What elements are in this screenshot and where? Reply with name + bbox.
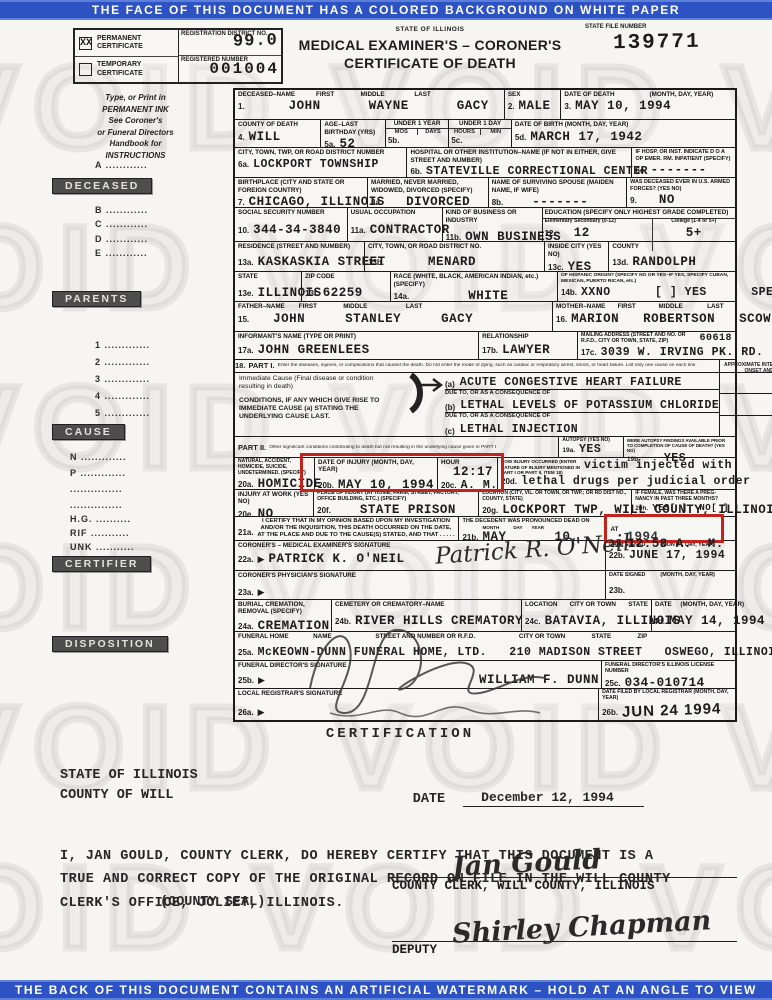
date-of-death-value: MAY 10, 1994 — [575, 99, 671, 113]
informant-value: JOHN GREENLEES — [258, 343, 370, 357]
college-label: College (1-4 or 5+) — [655, 219, 733, 225]
part2-instructions: Other significant conditions contributin… — [269, 445, 496, 450]
county-label: COUNTY OF DEATH — [238, 121, 317, 128]
pronounced-label: THE DECEDENT WAS PRONOUNCED DEAD ON — [462, 518, 602, 524]
mailing-zip: 60618 — [699, 333, 732, 345]
field-how-injury-occurred: HOW INJURY OCCURRED (ENTER NATURE OF INJ… — [498, 458, 735, 489]
part1-notes: Immediate Cause (Final disease or condit… — [235, 373, 403, 436]
field-number: 8b. — [492, 198, 504, 207]
mother-value: MARION ROBERTSON SCOW — [571, 312, 771, 326]
row-informant: INFORMANT'S NAME (TYPE OR PRINT) 17a.JOH… — [235, 331, 735, 359]
residence-label: RESIDENCE (STREET AND NUMBER) — [238, 243, 361, 250]
field-number: 24c. — [525, 617, 541, 626]
hours-label: HOURS — [449, 129, 479, 135]
instruction-line: Handbook for — [58, 138, 213, 150]
occupation-value: CONTRACTOR — [370, 223, 450, 237]
field-hospital: HOSPITAL OR OTHER INSTITUTION–NAME (IF N… — [407, 148, 632, 177]
part1-instructions: Enter the diseases, injuries, or complic… — [278, 363, 697, 368]
pregnancy-label: IF FEMALE, WAS THERE A PREG- NANCY IN PA… — [635, 491, 732, 503]
sex-value: MALE — [518, 99, 550, 113]
registered-number-cell: REGISTERED NUMBER 001004 — [179, 56, 281, 82]
autopsy-value: YES — [579, 443, 601, 456]
row-ssn-occupation-education: SOCIAL SECURITY NUMBER 10.344-34-3840 US… — [235, 207, 735, 241]
field-father-name: FATHER–NAME FIRST MIDDLE LAST 15.JOHN ST… — [235, 302, 553, 330]
field-date-filed: DATE FILED BY LOCAL REGISTRAR (MONTH, DA… — [599, 689, 735, 720]
field-number: 5b. — [388, 136, 400, 145]
interval-slot — [720, 416, 772, 436]
field-residence-city: CITY, TOWN, OR ROAD DISTRICT NO. 13b.MEN… — [365, 242, 545, 271]
inside-city-label: INSIDE CITY (YES NO) — [548, 243, 605, 257]
state-of-illinois: STATE OF ILLINOIS — [295, 26, 565, 33]
cause-a-value: ACUTE CONGESTIVE HEART FAILURE — [460, 376, 682, 389]
under-1-year-subheader: MOSDAYS — [386, 128, 448, 135]
cause-c-tag: (c) — [445, 427, 455, 436]
caret-icon: ▶ — [258, 554, 265, 565]
field-relationship: RELATIONSHIP 17b.LAWYER — [479, 332, 578, 359]
marital-label: MARRIED, NEVER MARRIED, WIDOWED, DIVORCE… — [371, 179, 485, 193]
field-number: 5c. — [451, 136, 462, 145]
field-number: 20f. — [317, 506, 331, 515]
funeral-director-license-label: FUNERAL DIRECTOR'S ILLINOIS LICENSE NUMB… — [605, 662, 732, 674]
field-number: 6a. — [238, 160, 249, 169]
row-residence: RESIDENCE (STREET AND NUMBER) 13a.KASKAS… — [235, 241, 735, 271]
temporary-label: TEMPORARY CERTIFICATE — [97, 61, 178, 77]
field-number: 2. — [508, 102, 515, 111]
field-number: 16. — [556, 315, 567, 324]
field-injury-location: LOCATION (CITY, VIL. OR TOWN, OR TWP.; O… — [479, 490, 632, 516]
race-value: WHITE — [468, 289, 508, 303]
field-surviving-spouse: NAME OF SURVIVING SPOUSE (MAIDEN NAME, I… — [489, 178, 627, 207]
document-title-line2: CERTIFICATE OF DEATH — [295, 55, 565, 73]
field-funeral-director-signature: FUNERAL DIRECTOR'S SIGNATURE 25b.▶WILLIA… — [235, 661, 602, 688]
field-mother-name: MOTHER–NAME FIRST MIDDLE LAST 16.MARION … — [553, 302, 735, 330]
race-label: RACE (WHITE, BLACK, AMERICAN INDIAN, etc… — [394, 273, 554, 287]
days-label: DAYS — [417, 129, 449, 135]
me-date-signed-value: JUNE 17, 1994 — [629, 549, 725, 562]
row-parents: FATHER–NAME FIRST MIDDLE LAST 15.JOHN ST… — [235, 301, 735, 330]
arrow-icon — [403, 373, 445, 413]
bottom-banner: THE BACK OF THIS DOCUMENT CONTAINS AN AR… — [0, 980, 772, 1000]
temporary-certificate-option: TEMPORARY CERTIFICATE — [75, 56, 179, 82]
relationship-value: LAWYER — [502, 343, 550, 357]
funeral-home-value: McKEOWN-DUNN FUNERAL HOME, LTD. 210 MADI… — [258, 646, 772, 659]
field-number: 10. — [238, 226, 249, 235]
field-number: 18. — [235, 361, 245, 370]
row-disposition: BURIAL, CREMATION, REMOVAL (SPECIFY) 24a… — [235, 599, 735, 631]
field-education: EDUCATION (SPECIFY ONLY HIGHEST GRADE CO… — [543, 208, 735, 241]
birthplace-value: CHICAGO, ILLINOIS — [249, 195, 385, 209]
section-label-disposition: DISPOSITION — [52, 636, 168, 652]
margin-mark-p: P ............. — [70, 468, 126, 478]
field-number: 11a. — [351, 226, 366, 235]
permanent-label: PERMANENT CERTIFICATE — [97, 35, 178, 51]
ink-instructions: Type, or Print in PERMANENT INK See Coro… — [58, 92, 213, 162]
temporary-checkbox — [79, 63, 92, 76]
document-title-line1: MEDICAL EXAMINER'S – CORONER'S — [295, 37, 565, 55]
field-mailing-address: MAILING ADDRESS (STREET AND NO. OR R.F.D… — [578, 332, 735, 359]
certification-county: COUNTY OF WILL — [60, 786, 198, 806]
field-number: 13d. — [612, 258, 628, 267]
zip-label: ZIP CODE — [305, 273, 387, 280]
field-funeral-director-license: FUNERAL DIRECTOR'S ILLINOIS LICENSE NUMB… — [602, 661, 735, 688]
margin-mark-d: D ............ — [95, 234, 148, 244]
title-block: STATE OF ILLINOIS MEDICAL EXAMINER'S – C… — [295, 26, 565, 72]
state-file-number-value: 139771 — [613, 30, 755, 55]
residence-city-label: CITY, TOWN, OR ROAD DISTRICT NO. — [368, 243, 541, 250]
certification-date-value: December 12, 1994 — [463, 790, 644, 807]
field-medical-examiner-signature: CORONER'S – MEDICAL EXAMINER'S SIGNATURE… — [235, 541, 606, 569]
part1-header: 18. PART I. Enter the diseases, injuries… — [235, 360, 719, 373]
field-number: 21a. — [238, 528, 254, 539]
row-local-registrar: LOCAL REGISTRAR'S SIGNATURE 26a.▶ DATE F… — [235, 688, 735, 720]
residence-county-value: RANDOLPH — [632, 255, 696, 269]
city-value: LOCKPORT TOWNSHIP — [253, 158, 379, 171]
field-number: 14a. — [394, 292, 410, 301]
spouse-value: ------- — [532, 195, 588, 209]
field-number: 23b. — [609, 586, 625, 595]
conditions-note: CONDITIONS, IF ANY WHICH GIVE RISE TO IM… — [239, 397, 399, 421]
field-burial-type: BURIAL, CREMATION, REMOVAL (SPECIFY) 24a… — [235, 600, 332, 631]
ssn-label: SOCIAL SECURITY NUMBER — [238, 209, 344, 216]
sex-label: SEX — [508, 91, 558, 98]
field-number: 26b. — [602, 708, 618, 717]
field-ssn: SOCIAL SECURITY NUMBER 10.344-34-3840 — [235, 208, 348, 241]
how-injury-value-line2: lethal drugs per judicial order — [521, 475, 750, 488]
certificate-header: XX PERMANENT CERTIFICATE REGISTRATION DI… — [55, 22, 755, 86]
certify-text: I CERTIFY THAT IN MY OPINION BASED UPON … — [257, 518, 456, 539]
deputy-caption: DEPUTY — [392, 943, 737, 957]
field-number: 14b. — [561, 288, 577, 297]
armed-forces-value: NO — [659, 193, 675, 207]
margin-mark-unk: UNK ........... — [70, 542, 135, 552]
caret-icon: ▶ — [258, 587, 265, 598]
field-number: 17b. — [482, 346, 498, 355]
occupation-label: USUAL OCCUPATION — [351, 209, 439, 216]
row-injury-place: INJURY AT WORK (YES NO) 20e.NO PLACE OF … — [235, 489, 735, 516]
under-1-day-label: UNDER 1 DAY — [449, 120, 510, 127]
physician-signature-label: CORONER'S PHYSICIAN'S SIGNATURE — [238, 572, 602, 579]
permanent-certificate-row: XX PERMANENT CERTIFICATE REGISTRATION DI… — [75, 30, 281, 56]
margin-mark-b: B ............ — [95, 205, 148, 215]
field-age: AGE–LAST BIRTHDAY (YRS) 5a.52 — [321, 120, 386, 147]
field-number: 1. — [238, 102, 245, 111]
father-label: FATHER–NAME FIRST MIDDLE LAST — [238, 303, 549, 310]
deceased-name-value: JOHN WAYNE GACY — [289, 99, 489, 113]
how-injury-label: HOW INJURY OCCURRED (ENTER NATURE OF INJ… — [501, 459, 582, 475]
inside-city-value: YES — [568, 260, 592, 274]
part1-title: PART I. — [248, 361, 274, 370]
field-number: 13a. — [238, 258, 254, 267]
pronounced-at-value: 12:58 A. M. — [628, 537, 724, 551]
field-number: 24a. — [238, 622, 254, 631]
disposition-date-value: MAY 14, 1994 — [669, 614, 765, 628]
crematory-value: RIVER HILLS CREMATORY — [355, 614, 523, 628]
field-city-township: CITY, TOWN, TWP, OR ROAD DISTRICT NUMBER… — [235, 148, 407, 177]
signature-line — [392, 877, 737, 878]
local-registrar-signature-label: LOCAL REGISTRAR'S SIGNATURE — [238, 690, 595, 697]
field-race: RACE (WHITE, BLACK, AMERICAN INDIAN, etc… — [391, 272, 558, 301]
field-date-of-birth: DATE OF BIRTH (MONTH, DAY, YEAR) 5d.MARC… — [512, 120, 735, 147]
certification-title: CERTIFICATION — [60, 726, 740, 742]
margin-mark-a: A ............ — [95, 160, 148, 170]
row-certify-pronounced: 21a. I CERTIFY THAT IN MY OPINION BASED … — [235, 516, 735, 540]
funeral-home-label: FUNERAL HOME NAME STREET AND NUMBER OR R… — [238, 633, 736, 640]
top-banner: THE FACE OF THIS DOCUMENT HAS A COLORED … — [0, 0, 772, 20]
row-county-age-dob: COUNTY OF DEATH 4.WILL AGE–LAST BIRTHDAY… — [235, 119, 735, 147]
section-label-certifier: CERTIFIER — [52, 556, 151, 572]
instruction-line: PERMANENT INK — [58, 104, 213, 116]
field-state: STATE 13e.ILLINOIS — [235, 272, 302, 301]
row-name-sex-dod: DECEASED–NAME FIRST MIDDLE LAST 1.JOHN W… — [235, 90, 735, 119]
under-1-year-label: UNDER 1 YEAR — [386, 120, 448, 127]
instruction-line: See Coroner's — [58, 115, 213, 127]
hospital-status-label: IF HOSP. OR INST. INDICATE D O A OP EMER… — [635, 149, 732, 161]
field-number: 6b. — [410, 167, 422, 176]
caret-icon: ▶ — [258, 707, 265, 718]
deputy-signature-block: Shirley Chapman DEPUTY — [392, 912, 737, 957]
field-number: 26a. — [238, 708, 254, 717]
margin-mark-5: 5 ............. — [95, 408, 150, 418]
how-injury-value-line1: victim injected with — [584, 459, 732, 475]
crematory-location-value: BATAVIA, ILLINOIS — [545, 614, 681, 628]
margin-mark-c: C ............ — [95, 219, 148, 229]
marital-value: DIVORCED — [406, 195, 470, 209]
due-to-label: DUE TO, OR AS A CONSEQUENCE OF — [445, 390, 719, 398]
part1-causes: (a) ACUTE CONGESTIVE HEART FAILURE DUE T… — [445, 373, 719, 436]
county-seal-note: (COUNTY SEAL) — [160, 895, 265, 910]
state-label: STATE — [238, 273, 298, 280]
field-number: 3. — [564, 102, 571, 111]
ssn-value: 344-34-3840 — [253, 223, 341, 237]
immediate-cause-note: Immediate Cause (Final disease or condit… — [239, 375, 399, 392]
field-hispanic-origin: OF HISPANIC ORIGIN? (SPECIFY NO OR YES–I… — [558, 272, 735, 301]
residence-value: KASKASKIA STREET — [258, 255, 386, 269]
interval-slot — [720, 373, 772, 394]
field-number: 24b. — [335, 617, 351, 626]
city-label: CITY, TOWN, TWP, OR ROAD DISTRICT NUMBER — [238, 149, 403, 156]
row-state-zip-race: STATE 13e.ILLINOIS ZIP CODE 13f.62259 RA… — [235, 271, 735, 301]
date-filed-stamp: JUN 24 1994 — [622, 700, 722, 720]
registration-district-cell: REGISTRATION DISTRICT NO. 99.0 — [179, 30, 281, 56]
mailing-value: 3039 W. IRVING PK. RD. CHICAGO, IL. — [601, 346, 772, 359]
field-armed-forces: WAS DECEASED EVER IN U.S. ARMED FORCES? … — [627, 178, 735, 207]
part1-section: 18. PART I. Enter the diseases, injuries… — [235, 359, 735, 436]
row-physician-signature: CORONER'S PHYSICIAN'S SIGNATURE 23a.▶ DA… — [235, 570, 735, 599]
county-clerk-signature-block: Jan Gould COUNTY CLERK, WILL COUNTY, ILL… — [392, 848, 737, 893]
field-under-1-year: UNDER 1 YEAR MOSDAYS 5b. — [386, 120, 449, 147]
field-autopsy: AUTOPSY (YES NO) 19a.YES — [559, 437, 624, 457]
field-place-of-injury: PLACE OF INJURY (AT HOME, FARM, STREET, … — [314, 490, 479, 516]
autopsy-available-label: WERE AUTOPSY FINDINGS AVAILABLE PRIOR TO… — [627, 438, 732, 453]
field-number: 15. — [238, 315, 249, 324]
interval-label: APPROXIMATE INTERVAL BETWEEN ONSET AND D… — [720, 360, 772, 373]
armed-forces-label: WAS DECEASED EVER IN U.S. ARMED FORCES? … — [630, 179, 732, 191]
field-physician-signature: CORONER'S PHYSICIAN'S SIGNATURE 23a.▶ — [235, 571, 606, 599]
place-of-injury-value: STATE PRISON — [360, 503, 456, 517]
state-file-number-block: STATE FILE NUMBER 139771 — [585, 24, 755, 54]
cause-arrow — [403, 373, 445, 436]
margin-mark-n: N ............. — [70, 452, 127, 462]
instruction-line: Type, or Print in — [58, 92, 213, 104]
county-value: WILL — [249, 130, 281, 144]
education-label: EDUCATION (SPECIFY ONLY HIGHEST GRADE CO… — [543, 208, 735, 217]
cause-b-tag: (b) — [445, 403, 455, 412]
field-date-of-death: DATE OF DEATH (MONTH, DAY, YEAR) 3.MAY 1… — [561, 90, 735, 119]
field-number: 13e. — [238, 289, 254, 298]
margin-mark-4: 4 ............. — [95, 391, 150, 401]
field-number: 20g. — [482, 506, 498, 515]
place-of-injury-label: PLACE OF INJURY (AT HOME, FARM, STREET, … — [317, 491, 475, 503]
section-label-parents: PARENTS — [52, 291, 141, 307]
death-certificate-form: DECEASED–NAME FIRST MIDDLE LAST 1.JOHN W… — [233, 88, 737, 722]
funeral-director-signature-label: FUNERAL DIRECTOR'S SIGNATURE — [238, 662, 598, 669]
certificate-type-box: XX PERMANENT CERTIFICATE REGISTRATION DI… — [73, 28, 283, 84]
field-crematory-location: LOCATION CITY OR TOWN STATE 24c.BATAVIA,… — [522, 600, 652, 631]
registration-district-value: 99.0 — [233, 31, 278, 52]
field-number: 9. — [630, 196, 637, 205]
injury-at-work-value: NO — [258, 507, 274, 521]
certification-state: STATE OF ILLINOIS — [60, 766, 198, 786]
county-clerk-caption: COUNTY CLERK, WILL COUNTY, ILLINOIS — [392, 879, 737, 893]
margin-mark-3: 3 ............. — [95, 374, 150, 384]
hospital-status-value: ------- — [651, 163, 707, 177]
cause-c-line: (c) LETHAL INJECTION — [445, 421, 719, 436]
disposition-date-label: DATE (MONTH, DAY, YEAR) — [655, 601, 736, 608]
under-1-day-subheader: HOURSMIN — [449, 128, 510, 135]
residence-county-label: COUNTY — [612, 243, 732, 250]
min-label: MIN — [480, 129, 511, 135]
field-business: KIND OF BUSINESS OR INDUSTRY 11b.OWN BUS… — [443, 208, 543, 241]
cause-a-line: (a) ACUTE CONGESTIVE HEART FAILURE — [445, 375, 719, 390]
mos-label: MOS — [386, 129, 417, 135]
burial-type-label: BURIAL, CREMATION, REMOVAL (SPECIFY) — [238, 601, 328, 615]
field-deceased-name: DECEASED–NAME FIRST MIDDLE LAST 1.JOHN W… — [235, 90, 505, 119]
mailing-label: MAILING ADDRESS (STREET AND NO. OR R.F.D… — [581, 333, 699, 345]
relationship-label: RELATIONSHIP — [482, 333, 574, 340]
funeral-director-typed: WILLIAM F. DUNN — [479, 673, 599, 687]
injury-location-label: LOCATION (CITY, VIL. OR TOWN, OR TWP.; O… — [482, 491, 628, 503]
interval-slot — [720, 394, 772, 415]
cause-b-line: (b) LETHAL LEVELS OF POTASSIUM CHLORIDE — [445, 398, 719, 413]
field-number: 25c. — [605, 679, 621, 688]
field-informant: INFORMANT'S NAME (TYPE OR PRINT) 17a.JOH… — [235, 332, 479, 359]
date-of-death-label: DATE OF DEATH (MONTH, DAY, YEAR) — [564, 91, 732, 98]
field-number: 22a. — [238, 555, 254, 564]
field-number: 5d. — [515, 133, 527, 142]
field-number: 7. — [238, 198, 245, 207]
field-number: 17a. — [238, 346, 254, 355]
cause-c-value: LETHAL INJECTION — [460, 423, 578, 436]
father-value: JOHN STANLEY GACY — [273, 312, 473, 326]
pregnancy-value: YES[ ] NO[ ] — [652, 503, 729, 513]
row-funeral-home: FUNERAL HOME NAME STREET AND NUMBER OR R… — [235, 631, 735, 660]
zip-value: 62259 — [323, 286, 363, 300]
field-birthplace: BIRTHPLACE (CITY AND STATE OR FOREIGN CO… — [235, 178, 368, 207]
college-value: 5+ — [686, 226, 702, 240]
section-label-cause: CAUSE — [52, 424, 125, 440]
spouse-label: NAME OF SURVIVING SPOUSE (MAIDEN NAME, I… — [492, 179, 623, 193]
cause-a-tag: (a) — [445, 380, 455, 389]
field-local-registrar-signature: LOCAL REGISTRAR'S SIGNATURE 26a.▶ — [235, 689, 599, 720]
margin-mark-dots: ............... — [70, 500, 123, 510]
elementary-value: 12 — [574, 226, 590, 240]
field-residence: RESIDENCE (STREET AND NUMBER) 13a.KASKAS… — [235, 242, 365, 271]
field-marital-status: MARRIED, NEVER MARRIED, WIDOWED, DIVORCE… — [368, 178, 489, 207]
hispanic-value: XXNO [ ] YES SPECIFY: — [581, 286, 772, 299]
mother-label: MOTHER–NAME FIRST MIDDLE LAST — [556, 303, 732, 310]
field-inside-city: INSIDE CITY (YES NO) 13c.YES — [545, 242, 609, 271]
residence-city-value: MENARD — [428, 255, 476, 269]
state-value: ILLINOIS — [258, 286, 322, 300]
injury-at-work-label: INJURY AT WORK (YES NO) — [238, 491, 310, 505]
red-annotation-box-injury — [300, 453, 504, 492]
field-number: 4. — [238, 133, 245, 142]
birthplace-label: BIRTHPLACE (CITY AND STATE OR FOREIGN CO… — [238, 179, 364, 193]
caret-icon: ▶ — [258, 675, 265, 686]
field-number: 19a. — [562, 447, 575, 454]
business-value: OWN BUSINESS — [465, 230, 561, 244]
field-number: 23a. — [238, 588, 254, 597]
field-number: 17c. — [581, 348, 597, 357]
dob-value: MARCH 17, 1942 — [530, 130, 642, 144]
field-funeral-home: FUNERAL HOME NAME STREET AND NUMBER OR R… — [235, 632, 739, 660]
cause-b-value: LETHAL LEVELS OF POTASSIUM CHLORIDE — [460, 399, 719, 412]
certification-date-label: DATE — [413, 792, 445, 807]
permanent-certificate-option: XX PERMANENT CERTIFICATE — [75, 30, 179, 56]
field-under-1-day: UNDER 1 DAY HOURSMIN 5c. — [449, 120, 511, 147]
field-number: 25b. — [238, 676, 254, 685]
section-label-deceased: DECEASED — [52, 178, 152, 194]
age-label: AGE–LAST BIRTHDAY (YRS) — [324, 121, 382, 135]
field-residence-county: COUNTY 13d.RANDOLPH — [609, 242, 735, 271]
field-county-of-death: COUNTY OF DEATH 4.WILL — [235, 120, 321, 147]
field-physician-date-signed: DATE SIGNED (MONTH, DAY, YEAR) 23b. — [606, 571, 735, 599]
deceased-name-label: DECEASED–NAME FIRST MIDDLE LAST — [238, 91, 501, 98]
row-funeral-director: FUNERAL DIRECTOR'S SIGNATURE 25b.▶WILLIA… — [235, 660, 735, 688]
hospital-label: HOSPITAL OR OTHER INSTITUTION–NAME (IF N… — [410, 149, 628, 163]
me-signature-typed: PATRICK K. O'NEIL — [269, 552, 405, 566]
margin-mark-dots: ............... — [70, 484, 123, 494]
margin-mark-hg: H.G. .......... — [70, 514, 131, 524]
margin-mark-e: E ............ — [95, 248, 148, 258]
elementary-label: Elementary Secondary (0-12) — [545, 219, 650, 225]
registered-number-value: 001004 — [209, 60, 279, 78]
field-number: 13c. — [548, 263, 564, 272]
instruction-line: or Funeral Directors — [58, 127, 213, 139]
margin-mark-2: 2 ............. — [95, 357, 150, 367]
margin-mark-1: 1 ............. — [95, 340, 150, 350]
field-sex: SEX 2.MALE — [505, 90, 562, 119]
field-occupation: USUAL OCCUPATION 11a.CONTRACTOR — [348, 208, 443, 241]
field-number: 20a. — [238, 480, 254, 489]
margin-mark-rif: RIF ........... — [70, 528, 130, 538]
row-birthplace-marital-spouse: BIRTHPLACE (CITY AND STATE OR FOREIGN CO… — [235, 177, 735, 207]
due-to-label: DUE TO, OR AS A CONSEQUENCE OF — [445, 413, 719, 421]
hispanic-label: OF HISPANIC ORIGIN? (SPECIFY NO OR YES–I… — [561, 273, 732, 284]
certification-date-line: DATE December 12, 1994 — [413, 766, 644, 807]
business-label: KIND OF BUSINESS OR INDUSTRY — [446, 209, 539, 223]
field-number: 25a. — [238, 648, 254, 657]
certification-state-county: STATE OF ILLINOIS COUNTY OF WILL — [60, 766, 198, 807]
funeral-director-license-value: 034-010714 — [625, 676, 705, 690]
physician-date-signed-label: DATE SIGNED (MONTH, DAY, YEAR) — [609, 572, 732, 578]
burial-type-value: CREMATION — [258, 619, 330, 633]
field-injury-at-work: INJURY AT WORK (YES NO) 20e.NO — [235, 490, 314, 516]
field-crematory-name: CEMETERY OR CREMATORY–NAME 24b.RIVER HIL… — [332, 600, 522, 631]
informant-label: INFORMANT'S NAME (TYPE OR PRINT) — [238, 333, 475, 340]
approximate-interval-column: APPROXIMATE INTERVAL BETWEEN ONSET AND D… — [719, 360, 772, 436]
age-value: 52 — [339, 137, 355, 151]
